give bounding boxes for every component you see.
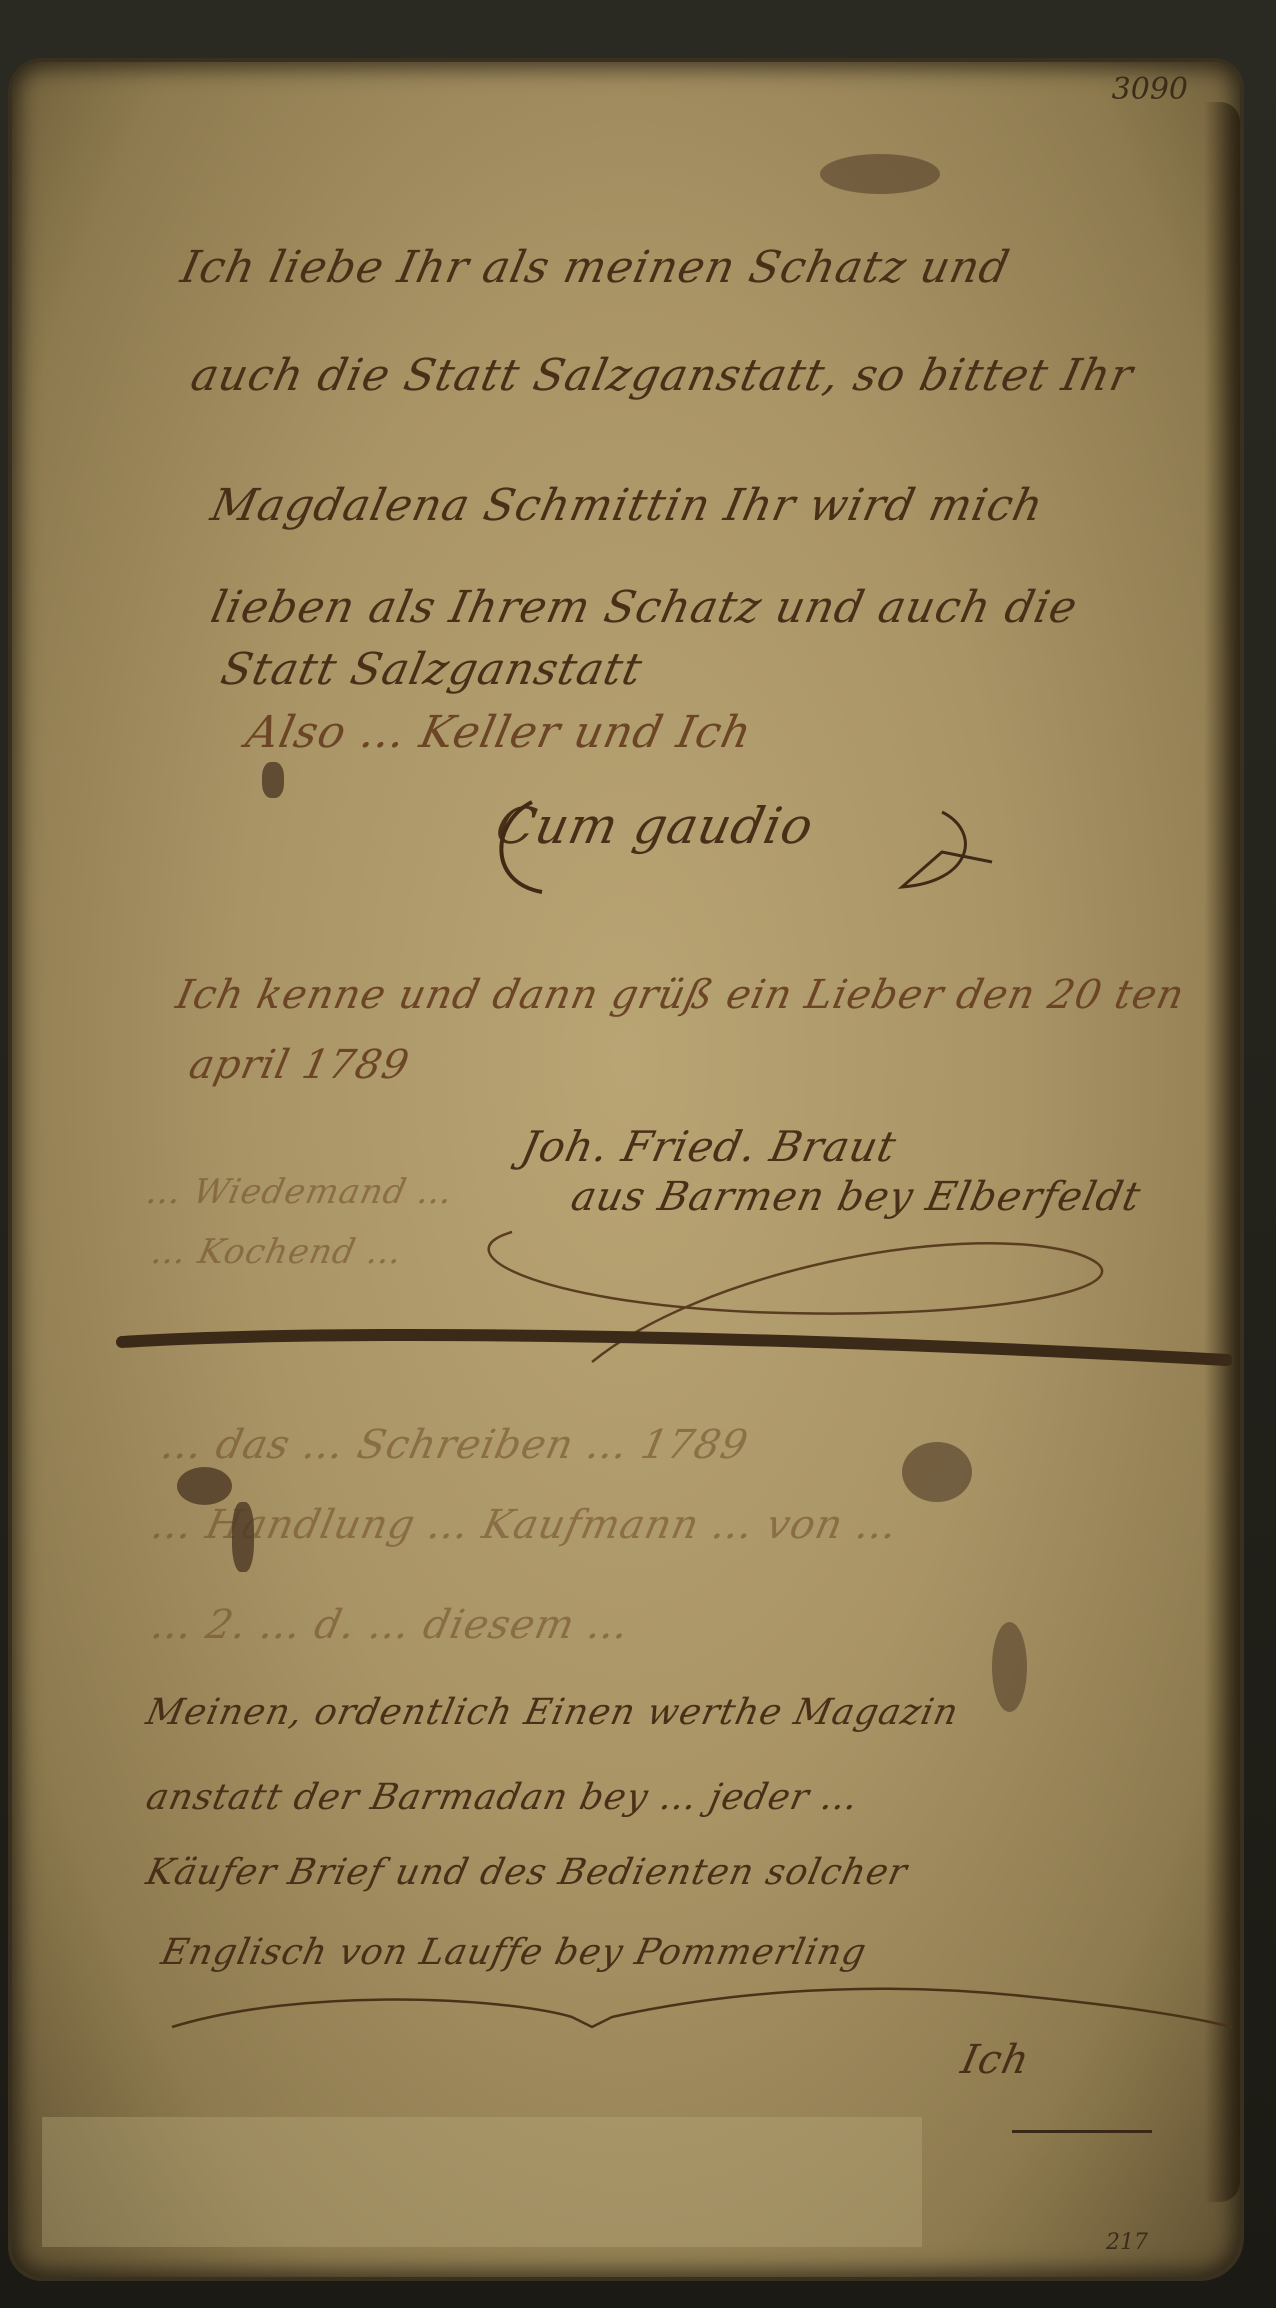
ink-stain <box>177 1467 232 1505</box>
entry-1-line-4: lieben als Ihrem Schatz und auch die <box>207 582 1083 633</box>
paper-patch <box>42 2117 922 2247</box>
entry-3-faded-line-3: … 2. … d. … diesem … <box>147 1602 634 1648</box>
folio-number-bottom: 217 <box>1106 2230 1148 2255</box>
entry-3-faded-line-2: … Handlung … Kaufmann … von … <box>147 1502 902 1548</box>
folio-number-top: 3090 <box>1112 72 1188 107</box>
entry-1-line-3: Magdalena Schmittin Ihr wird mich <box>207 480 1048 531</box>
entry-1-line-1: Ich liebe Ihr als meinen Schatz und <box>177 242 1015 293</box>
closing-line <box>1012 2130 1152 2133</box>
page-edge-shadow <box>1204 102 1240 2202</box>
entry-2-faded-margin-1: … Wiedemand … <box>143 1172 458 1212</box>
ink-blot <box>262 762 284 798</box>
entry-3-line-3: Käufer Brief und des Bedienten solcher <box>143 1852 912 1893</box>
signature-flourish-icon <box>482 792 1022 902</box>
entry-2-line-1: Ich kenne und dann grüß ein Lieber den 2… <box>172 972 1189 1018</box>
manuscript-page: 3090 Ich liebe Ihr als meinen Schatz und… <box>12 62 1240 2277</box>
ink-stain <box>232 1502 254 1572</box>
ink-stain <box>992 1622 1027 1712</box>
entry-1-line-6: Also … Keller und Ich <box>242 707 757 758</box>
entry-2-line-2: april 1789 <box>185 1042 413 1088</box>
entry-2-signature: Joh. Fried. Braut <box>517 1122 901 1171</box>
ink-smudge <box>820 154 940 194</box>
ink-stain <box>902 1442 972 1502</box>
closing-flourish-icon <box>152 1967 1242 2047</box>
entry-2-faded-margin-2: … Kochend … <box>148 1232 407 1272</box>
divider-stroke <box>112 1312 1232 1372</box>
entry-3-line-1: Meinen, ordentlich Einen werthe Magazin <box>143 1692 963 1733</box>
entry-3-closing-mark: Ich <box>957 2037 1034 2083</box>
entry-3-faded-line-1: … das … Schreiben … 1789 <box>157 1422 752 1468</box>
entry-3-line-2: anstatt der Barmadan bey … jeder … <box>143 1777 863 1818</box>
entry-1-line-5: Statt Salzganstatt <box>217 644 647 695</box>
entry-1-line-2: auch die Statt Salzganstatt, so bittet I… <box>187 350 1138 401</box>
